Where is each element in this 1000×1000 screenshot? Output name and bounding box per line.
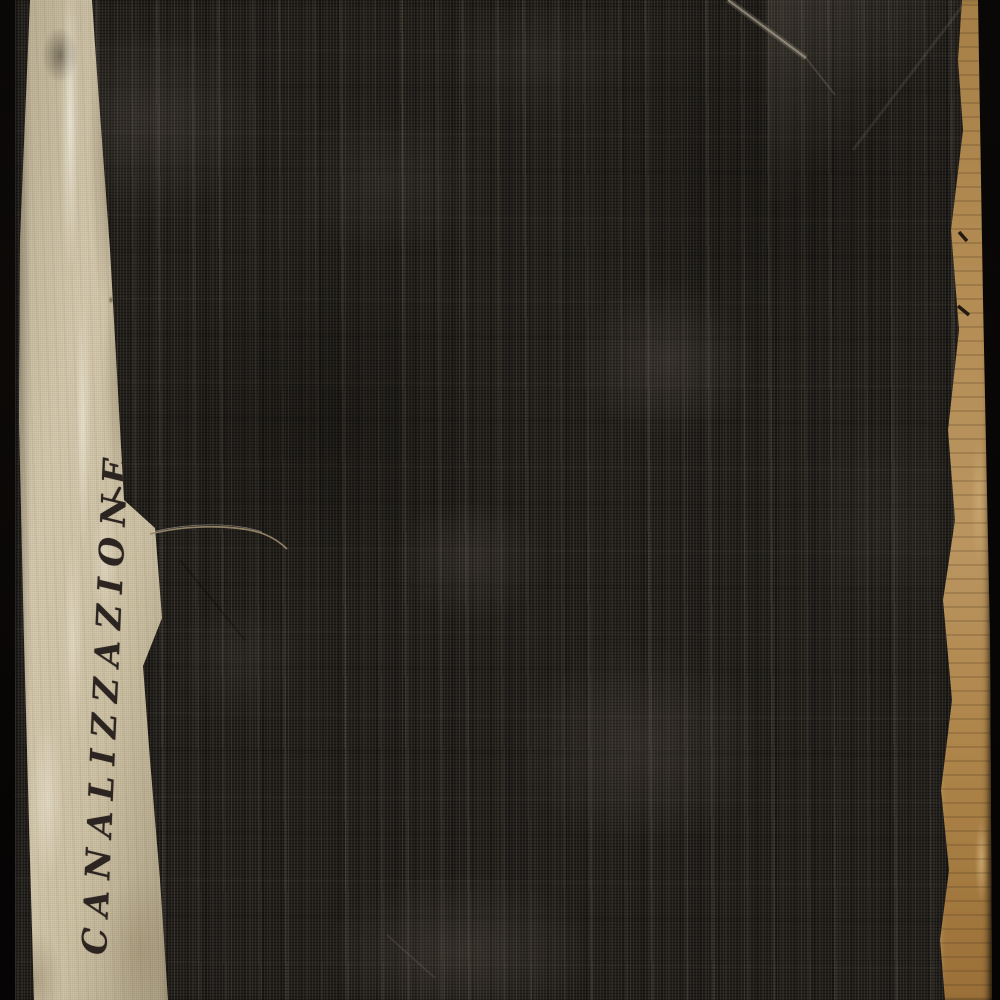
corner-wear-patch — [768, 0, 978, 200]
book-cover-photograph: CANALIZZAZIONE — [0, 0, 1000, 1000]
cover-cloth — [15, 0, 978, 1000]
